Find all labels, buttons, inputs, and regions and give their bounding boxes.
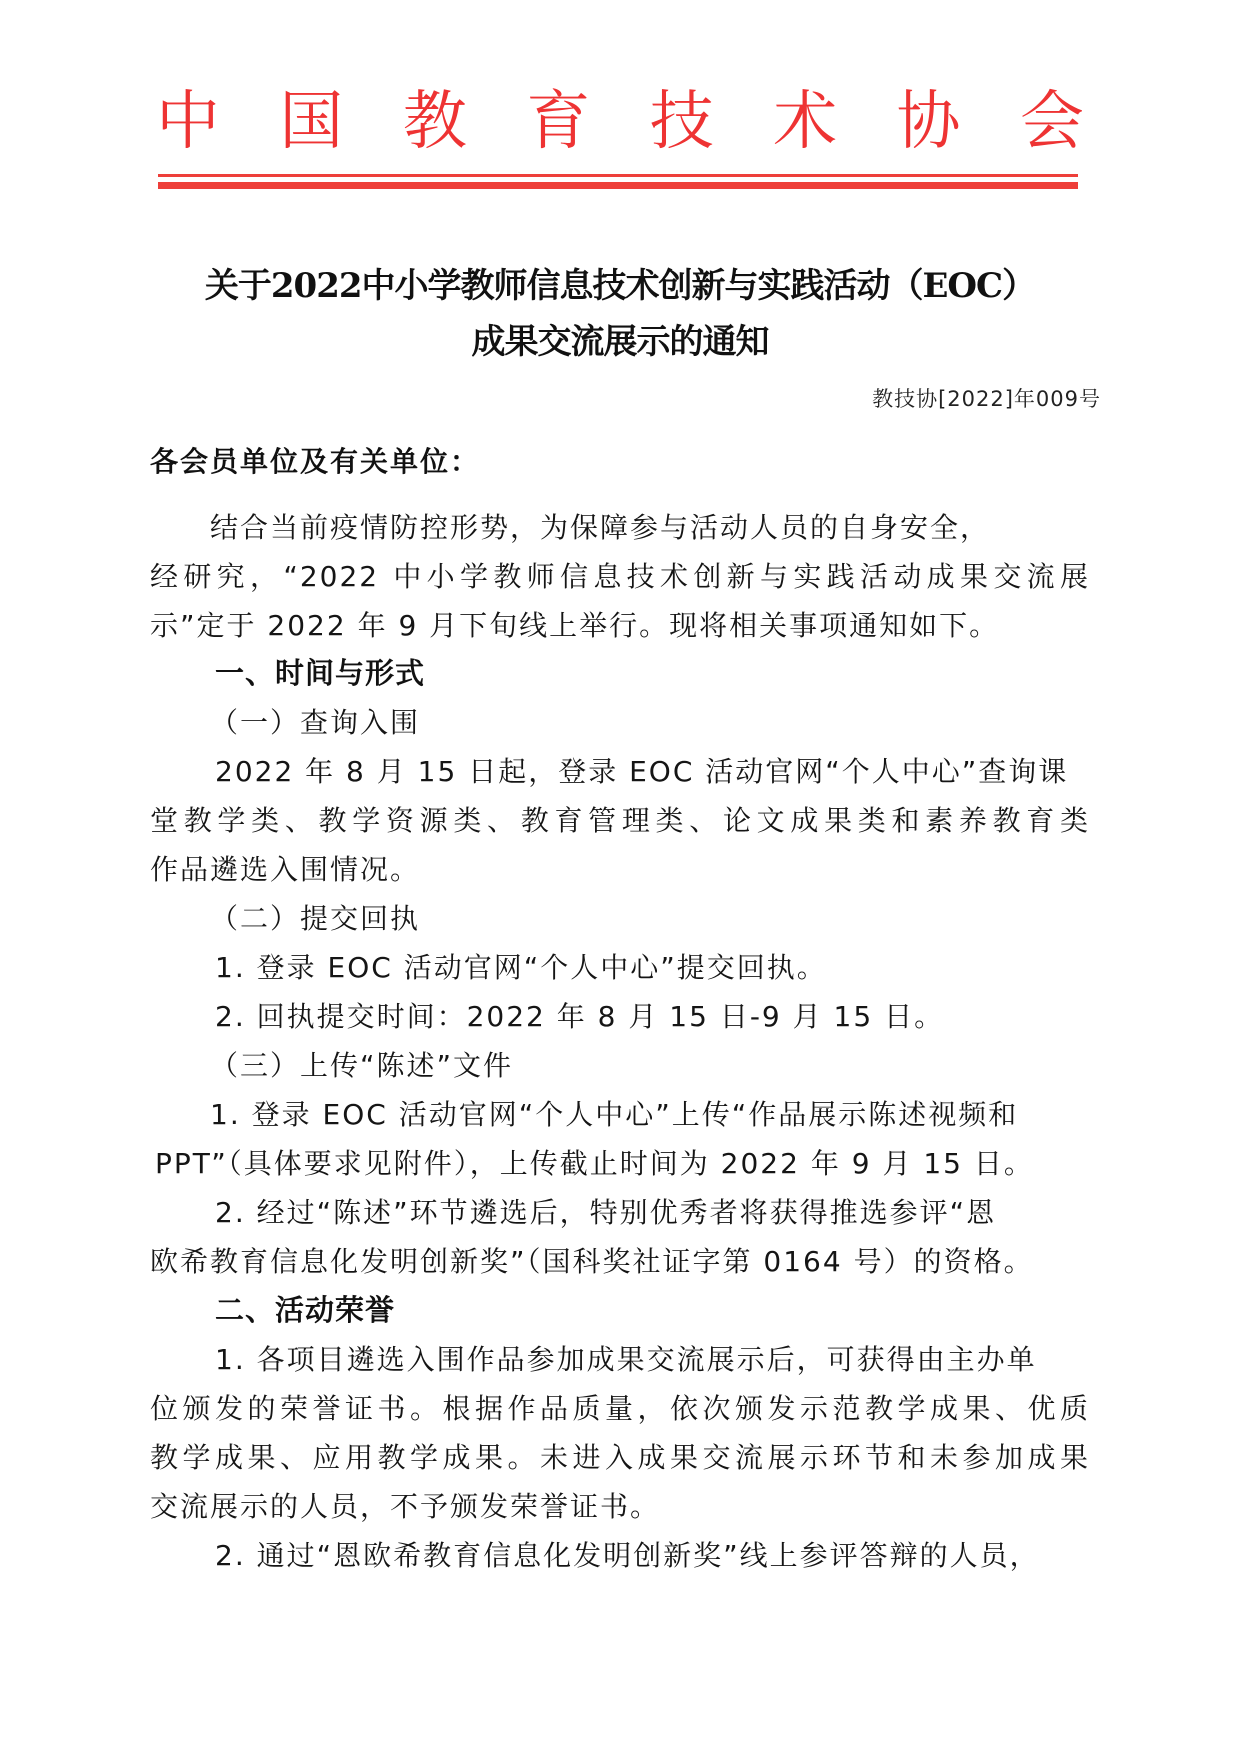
body-line: 2. 回执提交时间：2022 年 8 月 15 日-9 月 15 日。 <box>215 997 1155 1037</box>
letterhead-char: 术 <box>767 84 843 160</box>
salutation: 各会员单位及有关单位： <box>150 442 480 482</box>
letterhead-org-name: 中 国 教 育 技 术 协 会 <box>150 84 1090 160</box>
letterhead-char: 育 <box>520 84 596 160</box>
letterhead-char: 技 <box>644 84 720 160</box>
subsection-heading: （一）查询入围 <box>210 703 1150 743</box>
letterhead-char: 中 <box>150 84 226 160</box>
body-line: 1. 登录 EOC 活动官网“个人中心”提交回执。 <box>215 948 1155 988</box>
intro-line: 结合当前疫情防控形势，为保障参与活动人员的自身安全， <box>210 508 1090 548</box>
subsection-heading: （二）提交回执 <box>210 899 1150 939</box>
body-line: 欧希教育信息化发明创新奖”（国科奖社证字第 0164 号）的资格。 <box>150 1242 1090 1282</box>
section-heading: 二、活动荣誉 <box>215 1290 395 1330</box>
body-line: 2. 通过“恩欧希教育信息化发明创新奖”线上参评答辩的人员， <box>215 1536 1090 1576</box>
letterhead-char: 国 <box>273 84 349 160</box>
subsection-heading: （三）上传“陈述”文件 <box>210 1046 1150 1086</box>
document-number: 教技协[2022]年009号 <box>872 383 1101 413</box>
letterhead-rule-thick <box>158 182 1078 189</box>
intro-line: 经研究，“2022 中小学教师信息技术创新与实践活动成果交流展 <box>150 557 1090 597</box>
body-line: PPT”（具体要求见附件），上传截止时间为 2022 年 9 月 15 日。 <box>155 1144 1095 1184</box>
body-line: 2. 经过“陈述”环节遴选后，特别优秀者将获得推选参评“恩 <box>215 1193 1090 1233</box>
body-line: 1. 登录 EOC 活动官网“个人中心”上传“作品展示陈述视频和 <box>210 1095 1090 1135</box>
letterhead-rule-thin <box>158 174 1078 177</box>
document-title-line-2: 成果交流展示的通知 <box>130 314 1110 363</box>
section-heading: 一、时间与形式 <box>215 653 425 693</box>
document-page: 中 国 教 育 技 术 协 会 关于2022中小学教师信息技术创新与实践活动（E… <box>0 0 1241 1755</box>
body-line: 堂教学类、教学资源类、教育管理类、论文成果类和素养教育类 <box>150 801 1090 841</box>
body-line: 交流展示的人员，不予颁发荣誉证书。 <box>150 1487 1090 1527</box>
letterhead-char: 教 <box>397 84 473 160</box>
body-line: 位颁发的荣誉证书。根据作品质量，依次颁发示范教学成果、优质 <box>150 1389 1090 1429</box>
letterhead-char: 协 <box>891 84 967 160</box>
body-line: 1. 各项目遴选入围作品参加成果交流展示后，可获得由主办单 <box>215 1340 1090 1380</box>
letterhead-char: 会 <box>1014 84 1090 160</box>
body-line: 作品遴选入围情况。 <box>150 850 1090 890</box>
document-title-line-1: 关于2022中小学教师信息技术创新与实践活动（EOC） <box>130 258 1110 307</box>
body-line: 2022 年 8 月 15 日起，登录 EOC 活动官网“个人中心”查询课 <box>215 752 1090 792</box>
intro-line: 示”定于 2022 年 9 月下旬线上举行。现将相关事项通知如下。 <box>150 606 1090 646</box>
body-line: 教学成果、应用教学成果。未进入成果交流展示环节和未参加成果 <box>150 1438 1090 1478</box>
